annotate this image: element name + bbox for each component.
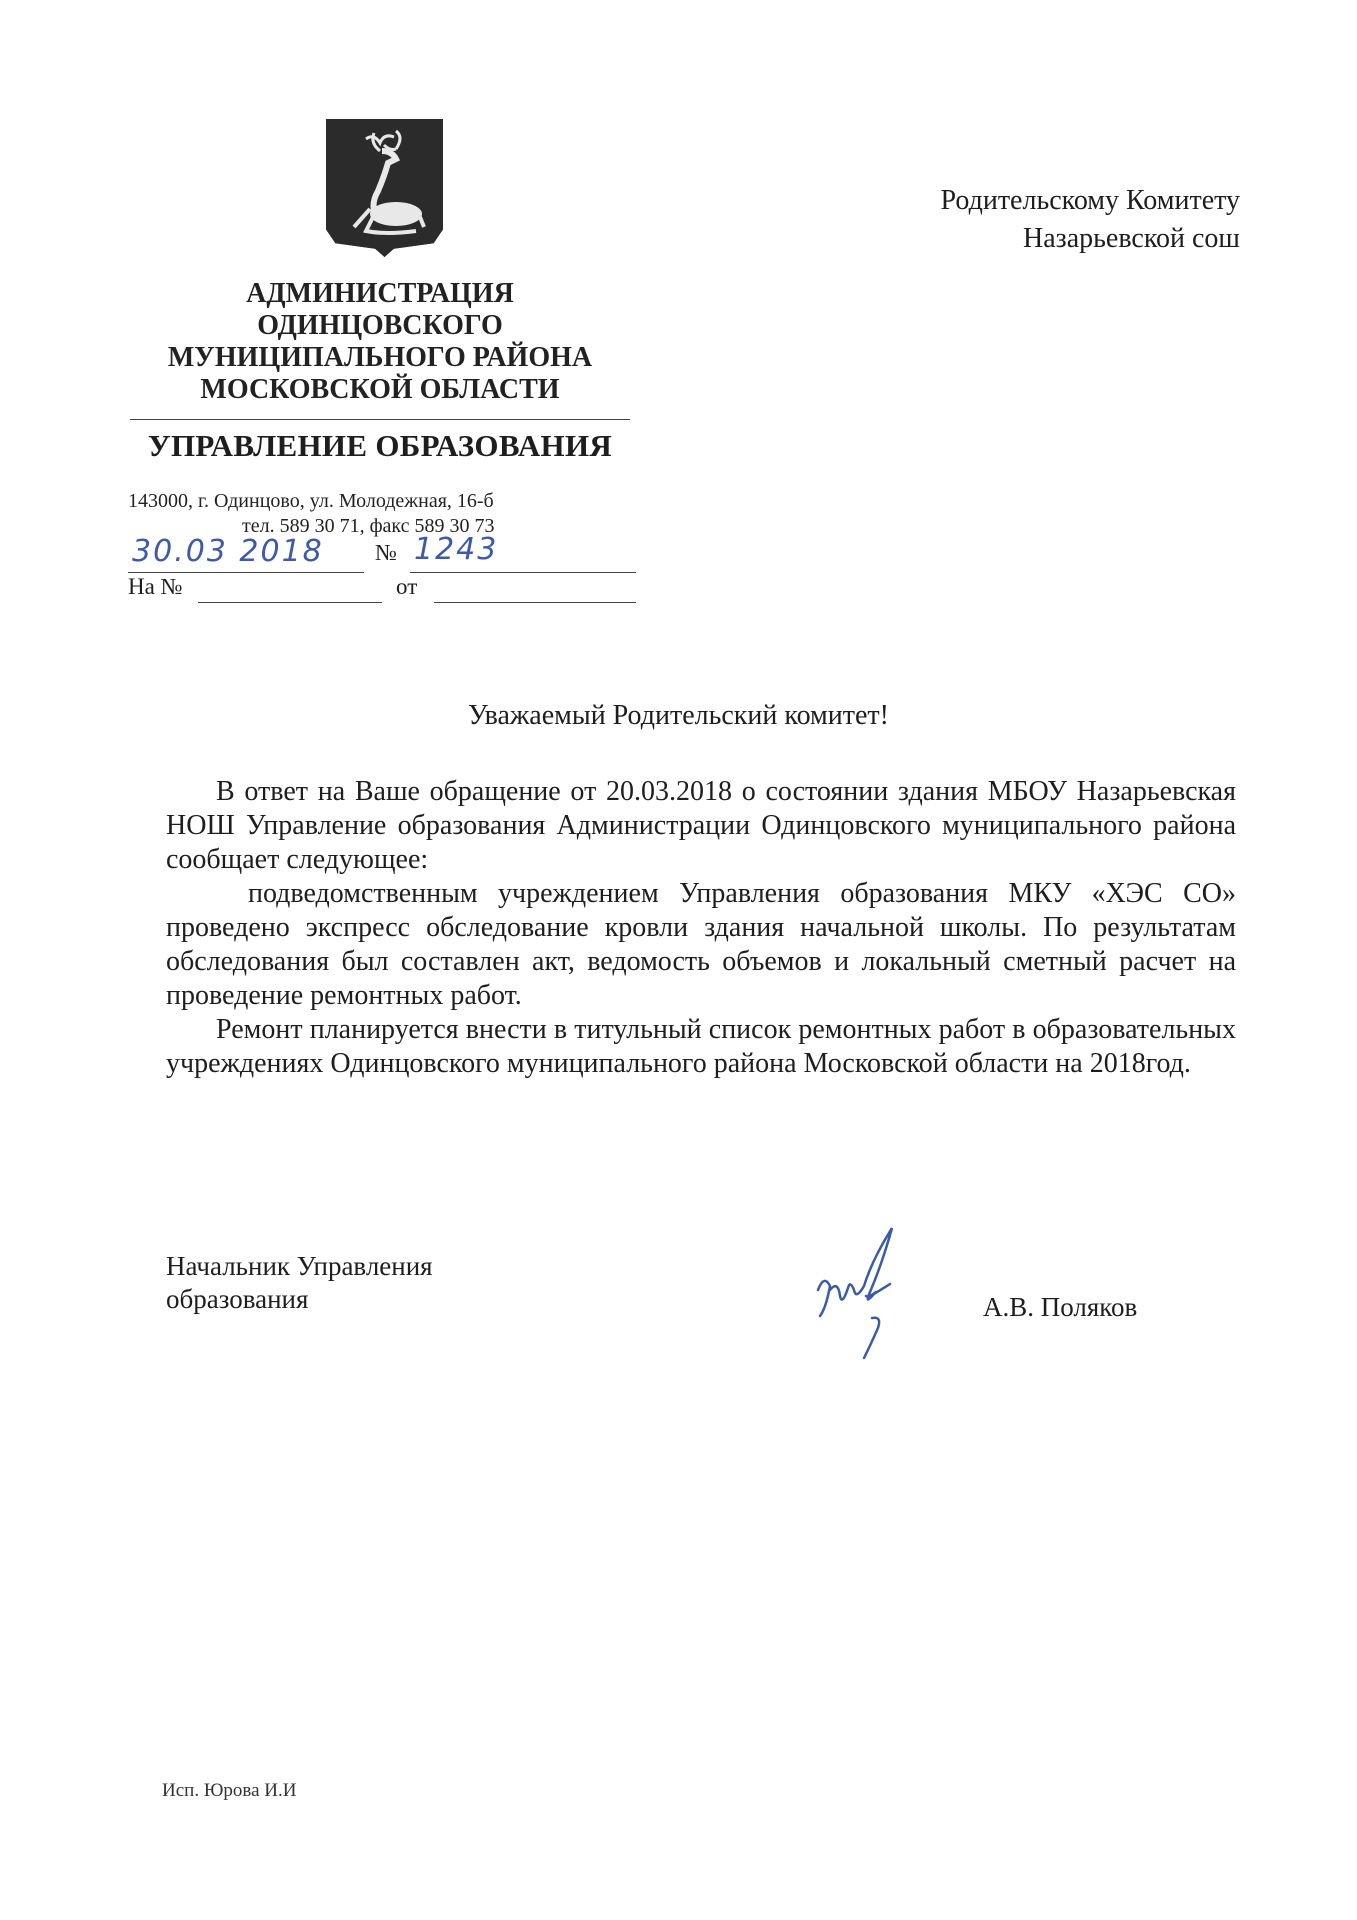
signatory-title: Начальник Управления образования (166, 1250, 433, 1316)
signatory-title-line-1: Начальник Управления (166, 1250, 433, 1283)
organization-name: АДМИНИСТРАЦИЯ ОДИНЦОВСКОГО МУНИЦИПАЛЬНОГ… (120, 278, 640, 406)
recipient-line-2: Назарьевской сош (941, 220, 1240, 258)
executor-note: Исп. Юрова И.И (162, 1780, 296, 1802)
body-paragraph-2: подведомственным учреждением Управления … (166, 877, 1236, 1013)
coat-of-arms-icon (326, 119, 443, 257)
recipient: Родительскому Комитету Назарьевской сош (941, 182, 1240, 258)
outgoing-number: 1243 (414, 532, 498, 567)
address: 143000, г. Одинцово, ул. Молодежная, 16-… (128, 489, 494, 513)
recipient-line-1: Родительскому Комитету (941, 182, 1240, 220)
reply-to-date-field (434, 574, 636, 603)
body-paragraph-1: В ответ на Ваше обращение от 20.03.2018 … (166, 775, 1236, 877)
letter-body: В ответ на Ваше обращение от 20.03.2018 … (166, 775, 1236, 1081)
org-line-1: АДМИНИСТРАЦИЯ (120, 278, 640, 310)
org-line-4: МОСКОВСКОЙ ОБЛАСТИ (120, 374, 640, 406)
body-paragraph-3: Ремонт планируется внести в титульный сп… (166, 1013, 1236, 1081)
org-line-3: МУНИЦИПАЛЬНОГО РАЙОНА (120, 342, 640, 374)
department-name: УПРАВЛЕНИЕ ОБРАЗОВАНИЯ (130, 428, 630, 464)
signatory-title-line-2: образования (166, 1283, 433, 1316)
handwritten-signature-icon (800, 1220, 960, 1370)
header-divider (130, 419, 630, 420)
signatory-name: А.В. Поляков (983, 1291, 1137, 1324)
reply-to-label: На № (128, 574, 183, 600)
reply-to-number-field (198, 574, 382, 603)
org-line-2: ОДИНЦОВСКОГО (120, 310, 640, 342)
outgoing-date-field: 30.03 2018 (128, 540, 364, 573)
deer-emblem-icon (326, 119, 443, 257)
greeting: Уважаемый Родительский комитет! (0, 700, 1357, 732)
from-label: от (396, 574, 417, 600)
outgoing-number-field: 1243 (410, 540, 636, 573)
number-label: № (375, 540, 397, 566)
outgoing-date: 30.03 2018 (132, 534, 324, 569)
